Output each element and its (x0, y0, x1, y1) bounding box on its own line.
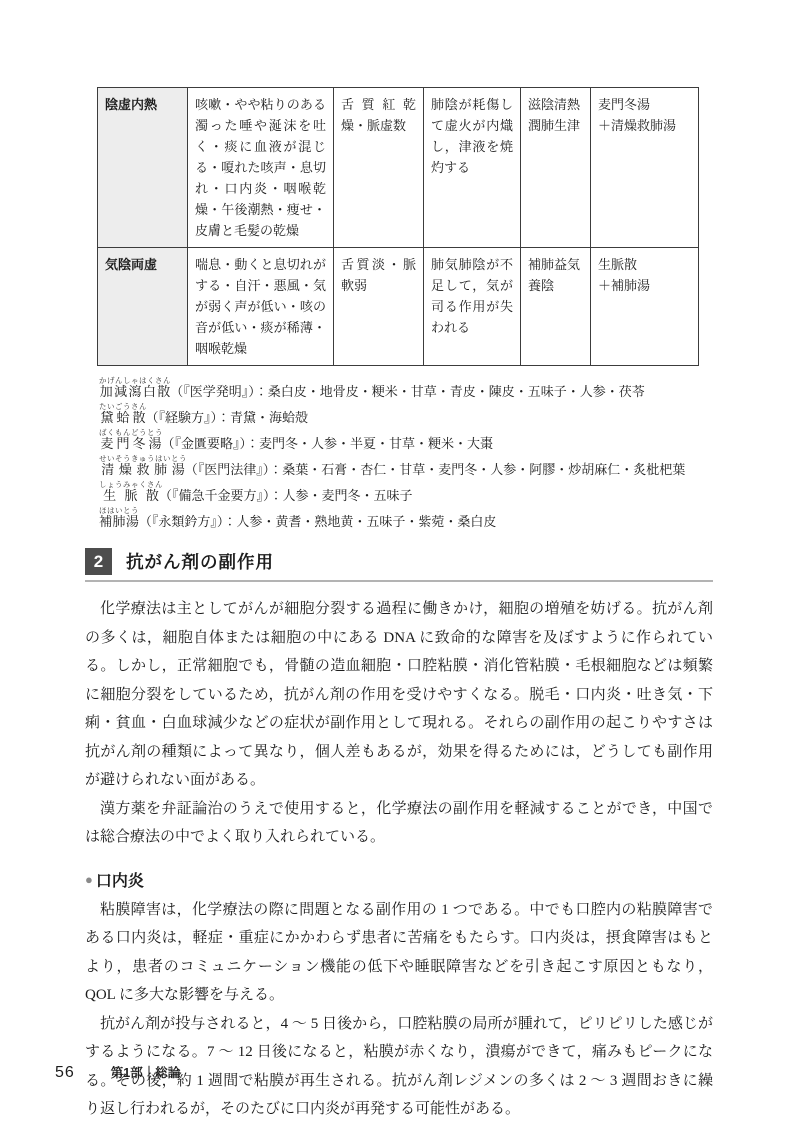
part-label: 第1部｜総論 (111, 1063, 180, 1081)
pattern-cell: 陰虚内熱 (98, 88, 188, 248)
formula-reading: ばくもんどうとう (99, 428, 163, 437)
paragraph: 化学療法は主としてがんが細胞分裂する過程に働きかけ，細胞の増殖を妨げる。抗がん剤… (85, 595, 713, 795)
pathology-cell: 肺陰が耗傷して虚火が内熾し，津液を焼灼する (424, 88, 521, 248)
formula-item: 麦門冬湯ばくもんどうとう（『金匱要略』）：麦門冬・人参・半夏・甘草・粳米・大棗 (99, 428, 713, 452)
page-number: 56 (55, 1064, 75, 1082)
book-page: 陰虚内熱 咳嗽・やや粘りのある濁った唾や涎沫を吐く・痰に血液が混じる・嗄れた咳声… (0, 0, 800, 1129)
formula-reading: しょうみゃくさん (99, 480, 163, 489)
formula-item: 清燥救肺湯せいそうきゅうはいとう（『医門法律』）：桑葉・石膏・杏仁・甘草・麦門冬… (99, 454, 713, 478)
formula-details: （『医門法律』）：桑葉・石膏・杏仁・甘草・麦門冬・人参・阿膠・炒胡麻仁・炙枇杷葉 (185, 462, 686, 477)
formula-details: （『備急千金要方』）：人参・麦門冬・五味子 (159, 488, 413, 503)
formula-item: 生脈散しょうみゃくさん（『備急千金要方』）：人参・麦門冬・五味子 (99, 480, 713, 504)
formula-name: 黛蛤散たいごうさん (99, 410, 146, 425)
principle-cell: 補肺益気 養陰 (521, 248, 591, 366)
subsection-title: 口内炎 (96, 868, 144, 891)
formula-cell: 麦門冬湯 ＋清燥救肺湯 (591, 88, 699, 248)
formula-cell: 生脈散 ＋補肺湯 (591, 248, 699, 366)
pattern-table: 陰虚内熱 咳嗽・やや粘りのある濁った唾や涎沫を吐く・痰に血液が混じる・嗄れた咳声… (97, 87, 699, 366)
symptoms-cell: 咳嗽・やや粘りのある濁った唾や涎沫を吐く・痰に血液が混じる・嗄れた咳声・息切れ・… (188, 88, 334, 248)
body-text: 化学療法は主としてがんが細胞分裂する過程に働きかけ，細胞の増殖を妨げる。抗がん剤… (85, 595, 713, 1124)
tongue-pulse-cell: 舌質淡・脈軟弱 (334, 248, 424, 366)
table-row: 気陰両虚 喘息・動くと息切れがする・自汗・悪風・気が弱く声が低い・咳の音が低い・… (98, 248, 699, 366)
formula-reading: ほはいとう (99, 506, 139, 515)
formula-item: 加減瀉白散かげんしゃはくさん（『医学発明』）：桑白皮・地骨皮・粳米・甘草・青皮・… (99, 376, 713, 400)
page-content: 陰虚内熱 咳嗽・やや粘りのある濁った唾や涎沫を吐く・痰に血液が混じる・嗄れた咳声… (85, 87, 713, 1124)
paragraph: 漢方薬を弁証論治のうえで使用すると，化学療法の副作用を軽減することができ，中国で… (85, 795, 713, 852)
table-row: 陰虚内熱 咳嗽・やや粘りのある濁った唾や涎沫を吐く・痰に血液が混じる・嗄れた咳声… (98, 88, 699, 248)
formula-reading: たいごうさん (99, 402, 147, 411)
formula-item: 補肺湯ほはいとう（『永類鈐方』）：人参・黄耆・熟地黄・五味子・紫菀・桑白皮 (99, 506, 713, 530)
principle-cell: 滋陰清熱 潤肺生津 (521, 88, 591, 248)
formula-reading: かげんしゃはくさん (99, 376, 171, 385)
bullet-icon: ● (85, 873, 93, 886)
formula-details: （『医学発明』）：桑白皮・地骨皮・粳米・甘草・青皮・陳皮・五味子・人参・茯苓 (170, 384, 645, 399)
section-header: 2 抗がん剤の副作用 (85, 548, 713, 582)
formula-reading: せいそうきゅうはいとう (99, 454, 187, 463)
section-number-badge: 2 (85, 548, 112, 575)
formula-name: 麦門冬湯ばくもんどうとう (99, 436, 162, 451)
formula-name: 生脈散しょうみゃくさん (99, 488, 159, 503)
tongue-pulse-cell: 舌質紅乾燥・脈虚数 (334, 88, 424, 248)
formula-name: 清燥救肺湯せいそうきゅうはいとう (99, 462, 185, 477)
section-title: 抗がん剤の副作用 (126, 549, 274, 574)
symptoms-cell: 喘息・動くと息切れがする・自汗・悪風・気が弱く声が低い・咳の音が低い・痰が稀薄・… (188, 248, 334, 366)
formula-name: 加減瀉白散かげんしゃはくさん (99, 384, 170, 399)
formula-details: （『金匱要略』）：麦門冬・人参・半夏・甘草・粳米・大棗 (162, 436, 494, 451)
page-footer: 56 第1部｜総論 (55, 1063, 180, 1082)
formula-details: （『永類鈐方』）：人参・黄耆・熟地黄・五味子・紫菀・桑白皮 (139, 514, 497, 529)
formula-list: 加減瀉白散かげんしゃはくさん（『医学発明』）：桑白皮・地骨皮・粳米・甘草・青皮・… (99, 376, 713, 530)
formula-item: 黛蛤散たいごうさん（『経験方』）：青黛・海蛤殻 (99, 402, 713, 426)
pattern-cell: 気陰両虚 (98, 248, 188, 366)
formula-details: （『経験方』）：青黛・海蛤殻 (146, 410, 309, 425)
pathology-cell: 肺気肺陰が不足して，気が司る作用が失われる (424, 248, 521, 366)
paragraph: 粘膜障害は，化学療法の際に問題となる副作用の 1 つである。中でも口腔内の粘膜障… (85, 896, 713, 1010)
formula-name: 補肺湯ほはいとう (99, 514, 139, 529)
subsection-heading: ● 口内炎 (85, 868, 713, 891)
